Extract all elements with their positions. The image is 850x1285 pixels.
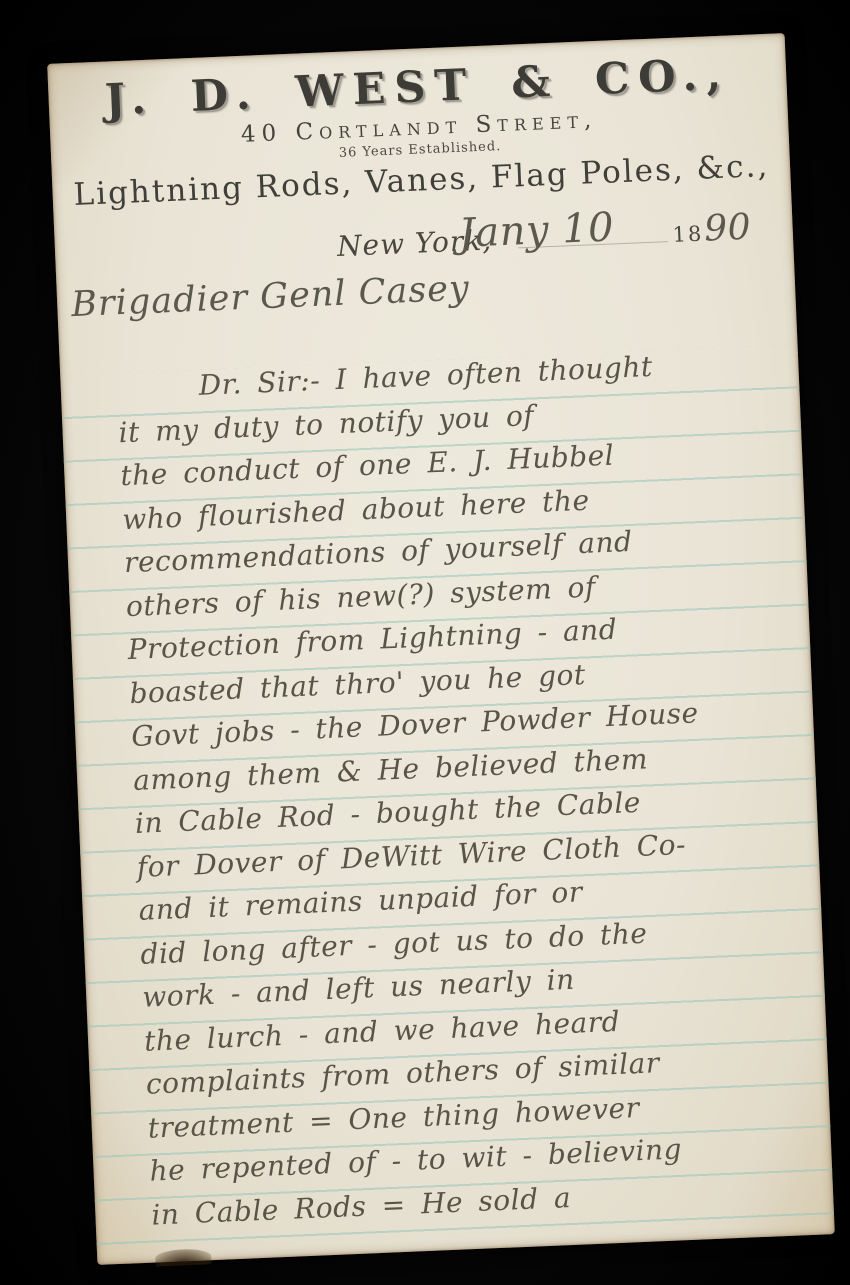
letter-content: J. D. WEST & CO., 40 Cortlandt Street, 3… <box>48 47 836 1279</box>
handwritten-date: Jany 10 <box>458 204 615 256</box>
body-lines: Dr. Sir:- I have often thoughtit my duty… <box>60 339 834 1239</box>
letter-paper: J. D. WEST & CO., 40 Cortlandt Street, 3… <box>47 33 835 1265</box>
printed-year-prefix: 18 <box>672 222 704 247</box>
photo-background: J. D. WEST & CO., 40 Cortlandt Street, 3… <box>0 0 850 1285</box>
letterhead: J. D. WEST & CO., 40 Cortlandt Street, 3… <box>48 47 791 214</box>
handwritten-year: 90 <box>703 207 751 250</box>
